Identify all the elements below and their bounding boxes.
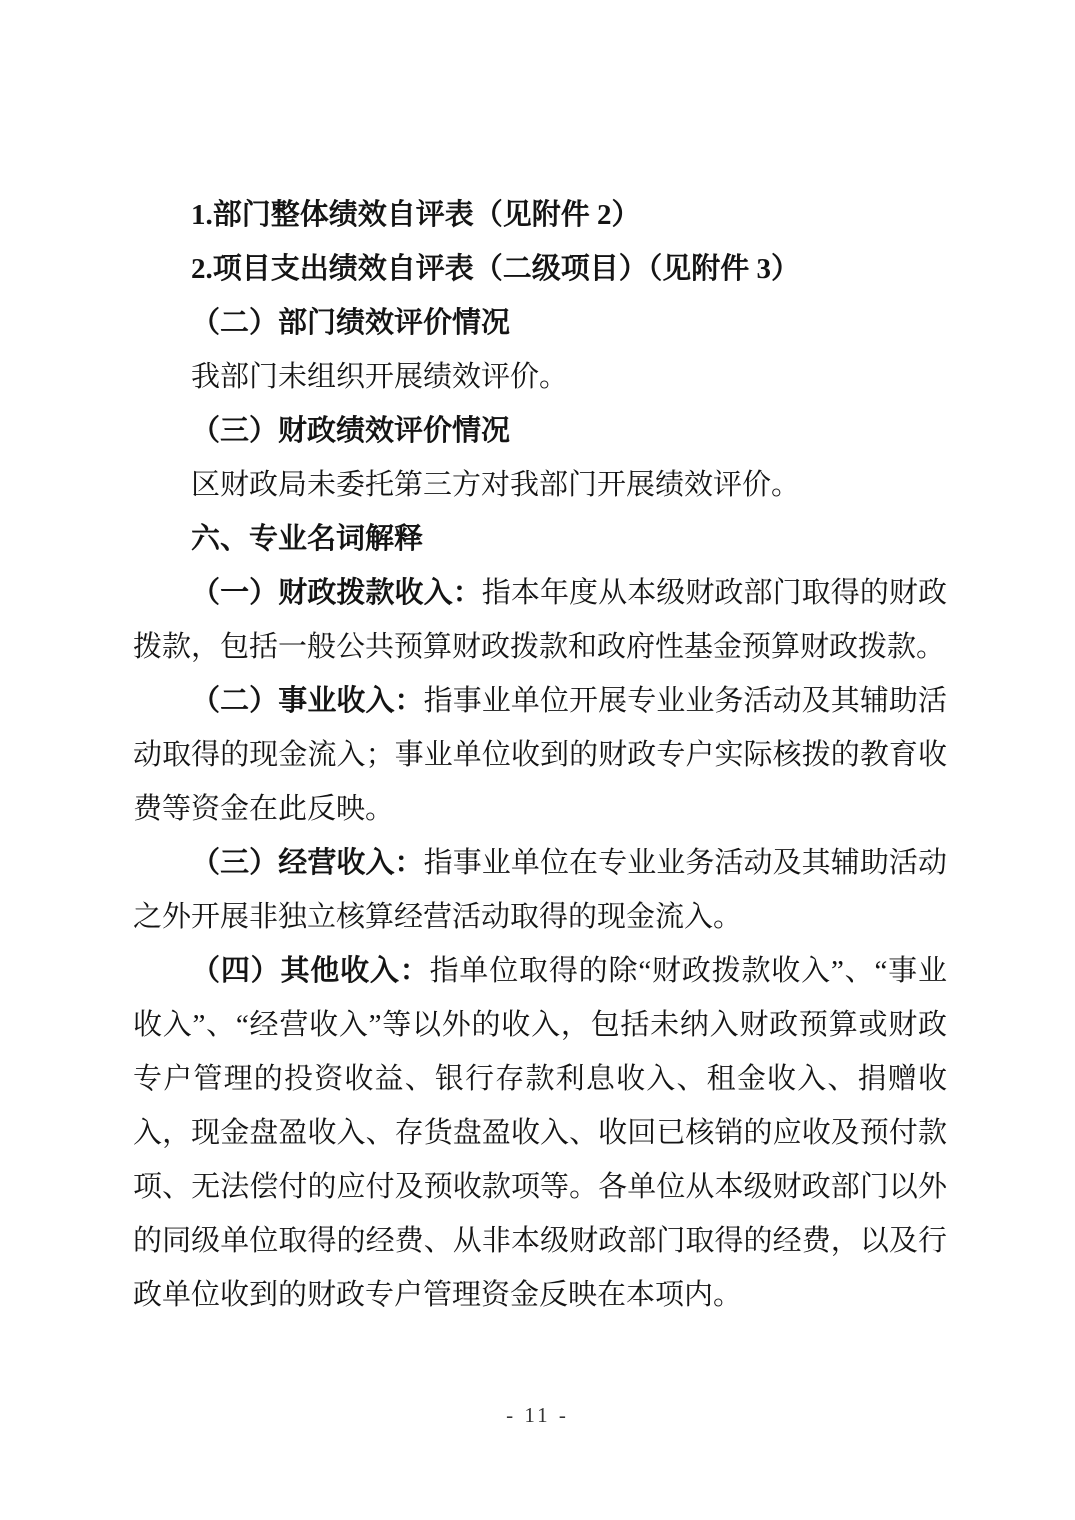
definition-institutional-income: （二）事业收入：指事业单位开展专业业务活动及其辅助活动取得的现金流入；事业单位收…: [133, 674, 947, 836]
section-heading-fiscal-evaluation: （三）财政绩效评价情况: [133, 404, 947, 458]
page-number: - 11 -: [0, 1400, 1075, 1430]
definition-lead-fiscal-appropriation: （一）财政拨款收入：: [191, 577, 482, 609]
definition-lead-institutional: （二）事业收入：: [191, 685, 424, 717]
definition-lead-other: （四）其他收入：: [191, 955, 430, 987]
definition-lead-operating: （三）经营收入：: [191, 847, 424, 879]
definition-body-other: 指单位取得的除“财政拨款收入”、“事业收入”、“经营收入”等以外的收入，包括未纳…: [133, 955, 947, 1311]
definition-fiscal-appropriation-income: （一）财政拨款收入：指本年度从本级财政部门取得的财政拨款，包括一般公共预算财政拨…: [133, 566, 947, 674]
definition-other-income: （四）其他收入：指单位取得的除“财政拨款收入”、“事业收入”、“经营收入”等以外…: [133, 944, 947, 1322]
definition-operating-income: （三）经营收入：指事业单位在专业业务活动及其辅助活动之外开展非独立核算经营活动取…: [133, 836, 947, 944]
attachment-item-overall-self-eval: 1.部门整体绩效自评表（见附件 2）: [133, 188, 947, 242]
document-content: 1.部门整体绩效自评表（见附件 2） 2.项目支出绩效自评表（二级项目）（见附件…: [133, 188, 947, 1322]
document-page: 1.部门整体绩效自评表（见附件 2） 2.项目支出绩效自评表（二级项目）（见附件…: [0, 0, 1075, 1520]
chapter-heading-terminology: 六、专业名词解释: [133, 512, 947, 566]
attachment-item-project-self-eval: 2.项目支出绩效自评表（二级项目）（见附件 3）: [133, 242, 947, 296]
section-heading-department-evaluation: （二）部门绩效评价情况: [133, 296, 947, 350]
section-body-fiscal-evaluation: 区财政局未委托第三方对我部门开展绩效评价。: [133, 458, 947, 512]
section-body-department-evaluation: 我部门未组织开展绩效评价。: [133, 350, 947, 404]
